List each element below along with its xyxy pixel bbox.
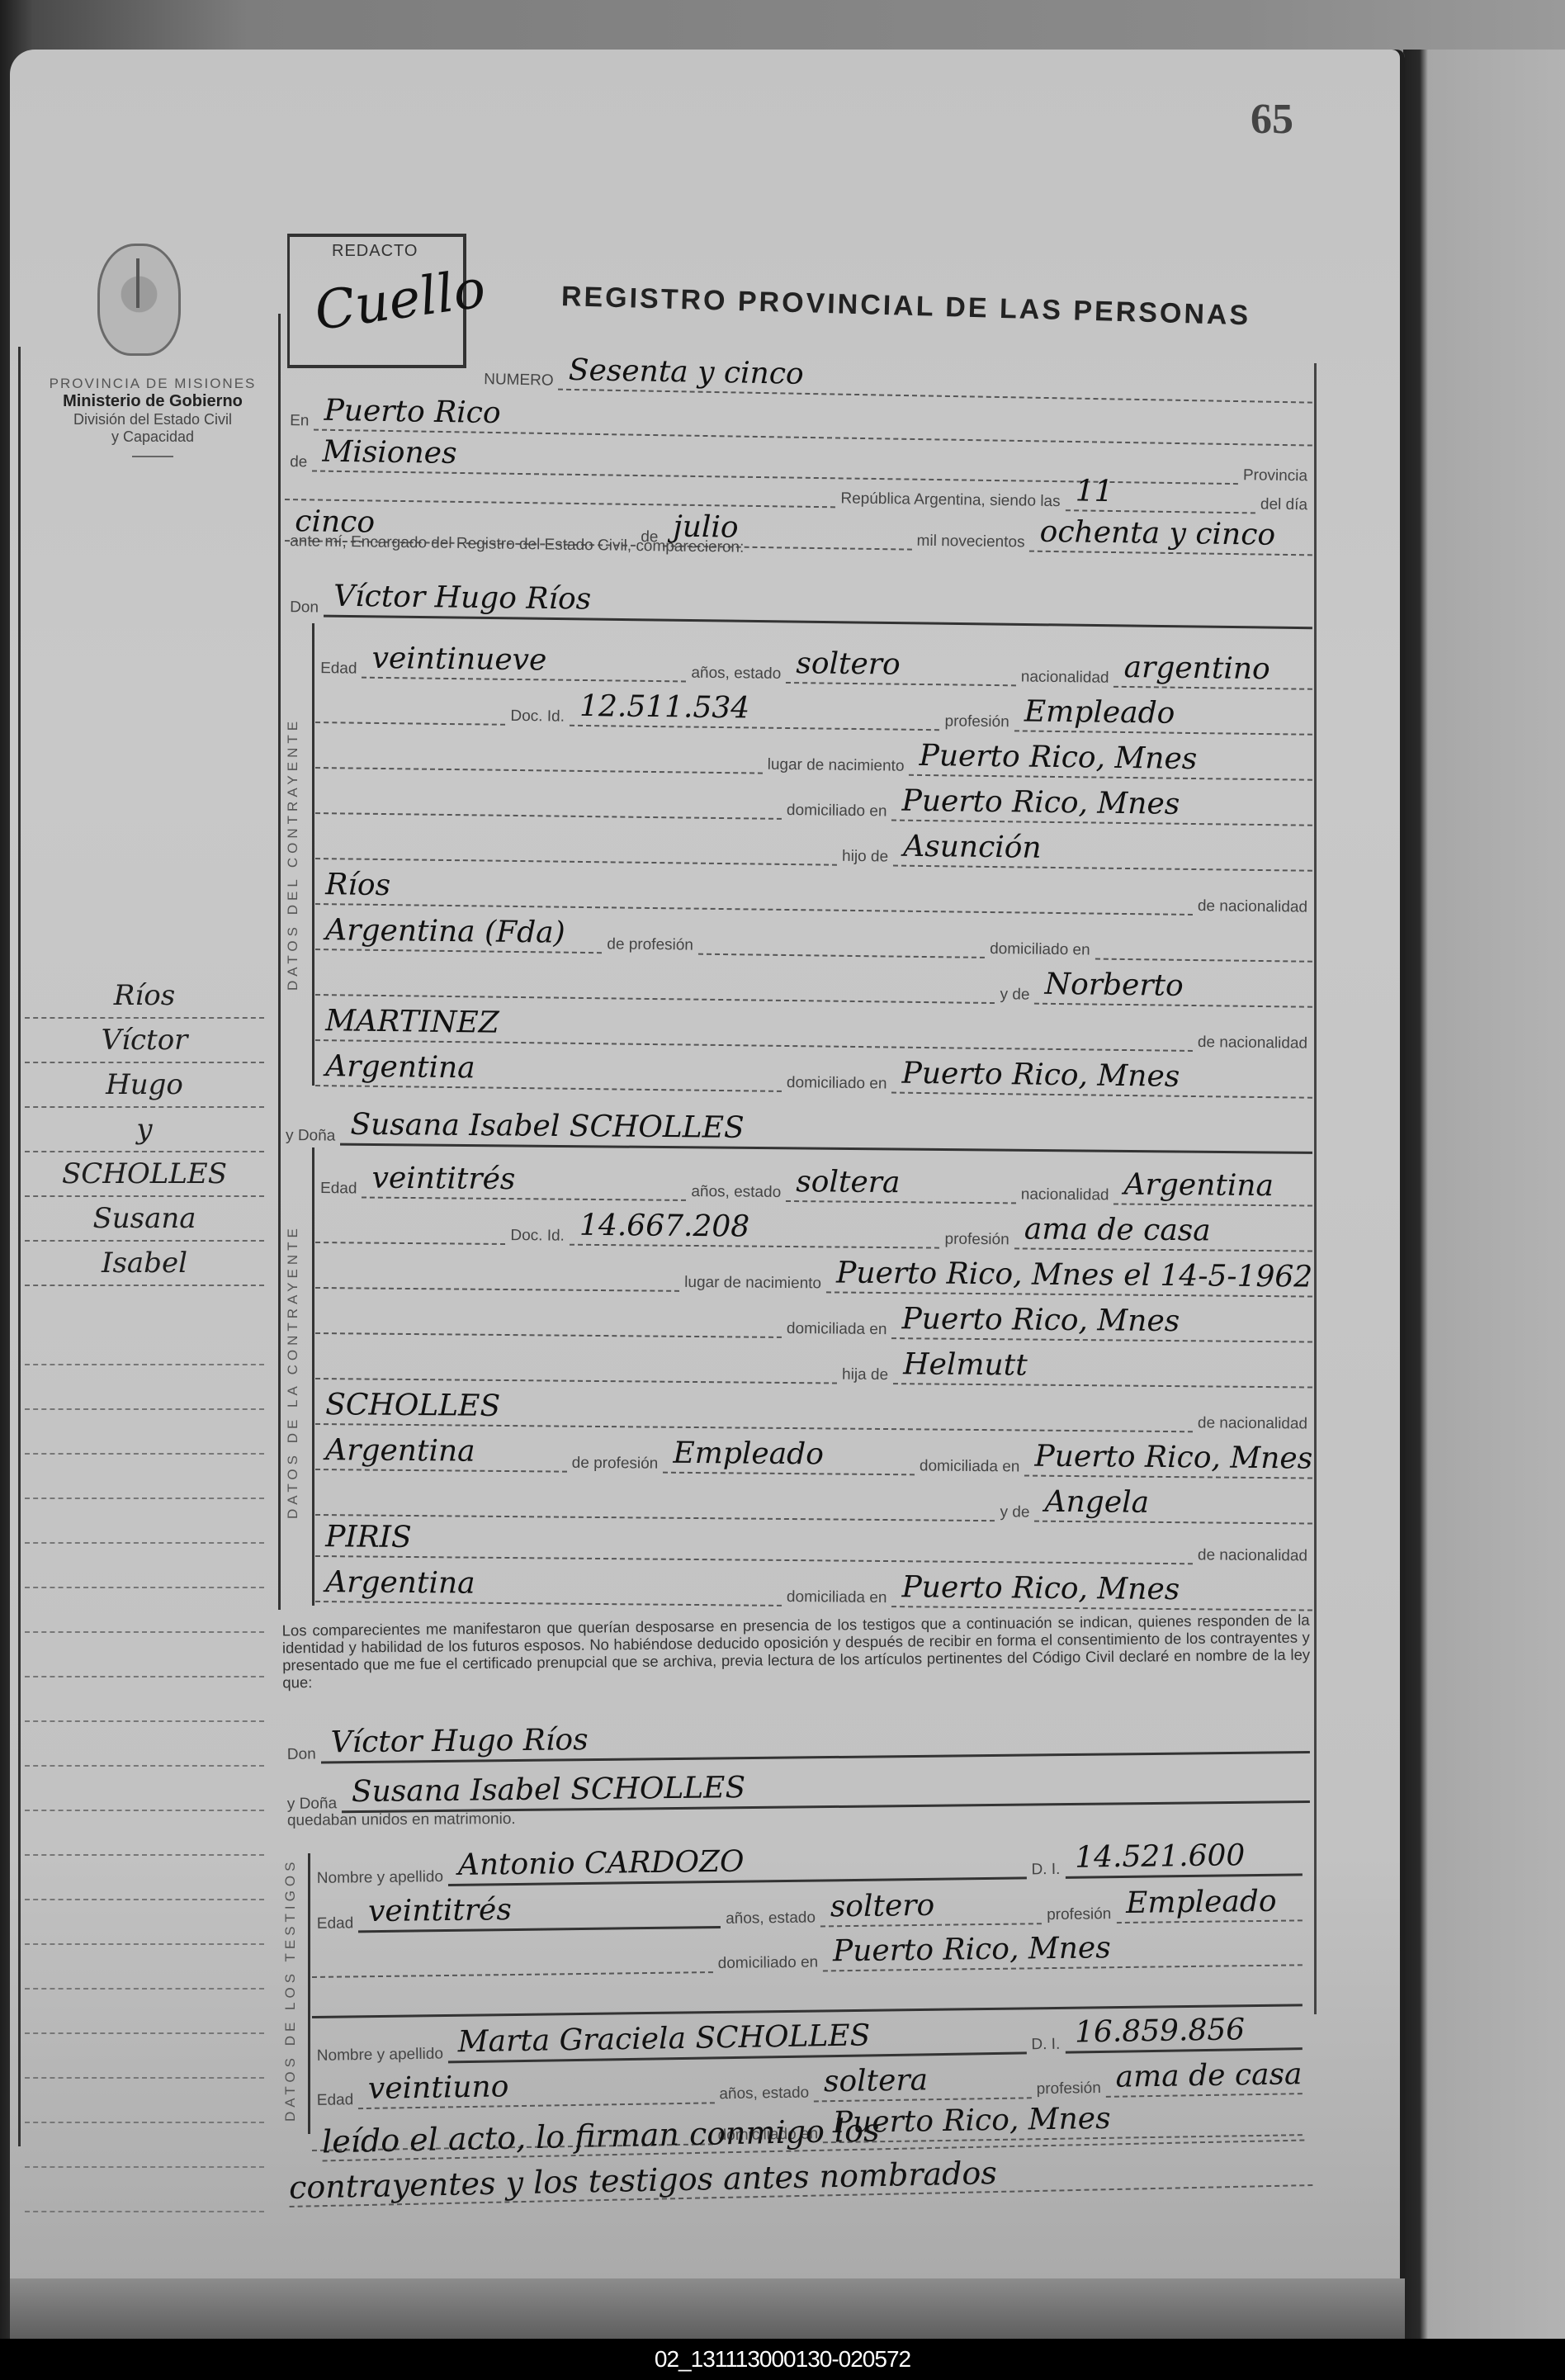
margin-note: SCHOLLES bbox=[25, 1152, 264, 1197]
edad-label: Edad bbox=[312, 2091, 359, 2110]
groom-lugar: Puerto Rico, Mnes bbox=[909, 738, 1312, 781]
hija-de-label: hija de bbox=[837, 1366, 893, 1385]
margin-note: y bbox=[25, 1108, 264, 1152]
edad-label: Edad bbox=[315, 660, 362, 679]
blank-field bbox=[315, 1343, 837, 1384]
y-de-label: y de bbox=[995, 986, 1034, 1005]
bride-father-profession: Empleado bbox=[663, 1436, 915, 1476]
de-profesion-label: de profesión bbox=[567, 1455, 664, 1474]
blank-field bbox=[315, 1252, 679, 1292]
nombre-label: Nombre y apellido bbox=[312, 2045, 448, 2065]
profesion-label: profesión bbox=[1042, 1905, 1116, 1924]
ministry-header: PROVINCIA DE MISIONES Ministerio de Gobi… bbox=[33, 376, 272, 457]
groom-father-domicile: Puerto Rico, Mnes bbox=[891, 1056, 1312, 1099]
bride-lugar: Puerto Rico, Mnes el 14-5-1962 bbox=[826, 1255, 1312, 1297]
don-label: Don bbox=[282, 1746, 321, 1764]
groom-domicilio: Puerto Rico, Mnes bbox=[891, 783, 1312, 826]
blank-field bbox=[315, 687, 506, 726]
groom-nacionalidad: argentino bbox=[1113, 650, 1312, 690]
don-label: Don bbox=[285, 599, 324, 617]
declaration-text: Los comparecientes me manifestaron que q… bbox=[282, 1611, 1311, 1691]
divider bbox=[132, 456, 173, 457]
bride-father-nationality: Argentina bbox=[315, 1432, 567, 1473]
margin-ruled-lines bbox=[25, 1321, 264, 2212]
nacionalidad-label: nacionalidad bbox=[1016, 1185, 1114, 1204]
blank-field bbox=[315, 1298, 782, 1338]
dona-label: y Doña bbox=[281, 1127, 340, 1146]
blank-field bbox=[315, 778, 782, 820]
domicilio-label: domiciliado en bbox=[782, 802, 892, 821]
redacto-label: REDACTO bbox=[327, 242, 423, 261]
groom-estado: soltero bbox=[786, 646, 1016, 686]
margin-note: Susana bbox=[25, 1197, 264, 1242]
witness-1-name: Antonio CARDOZO bbox=[448, 1840, 1027, 1886]
division-label: División del Estado Civil bbox=[33, 411, 272, 428]
de-profesion-label: de profesión bbox=[602, 935, 698, 954]
scan-id-footer: 02_131113000130-020572 bbox=[0, 2339, 1565, 2380]
bride-mother-surname: PIRIS bbox=[315, 1519, 1193, 1564]
witness-2-edad: veintiuno bbox=[358, 2065, 715, 2109]
domicilio-label: domiciliada en bbox=[782, 1588, 892, 1607]
margin-notes: Ríos Víctor Hugo y SCHOLLES Susana Isabe… bbox=[25, 974, 264, 1286]
de-nacionalidad-label: de nacionalidad bbox=[1193, 1034, 1312, 1053]
hour-value: 11 bbox=[1065, 473, 1255, 513]
bride-mother-domicile: Puerto Rico, Mnes bbox=[891, 1569, 1312, 1611]
bride-estado: soltera bbox=[786, 1164, 1016, 1204]
margin-note: Hugo bbox=[25, 1063, 264, 1108]
form-left-border bbox=[278, 314, 281, 1610]
blank-field bbox=[311, 1937, 712, 1978]
bride-doc: 14.667.208 bbox=[570, 1208, 940, 1249]
blank-field bbox=[315, 823, 837, 866]
book-cover-edge bbox=[1403, 50, 1565, 2345]
de-nacionalidad-label: de nacionalidad bbox=[1193, 897, 1312, 917]
nacionalidad-label: nacionalidad bbox=[1016, 668, 1114, 687]
lugar-label: lugar de nacimiento bbox=[679, 1274, 826, 1294]
nombre-label: Nombre y apellido bbox=[312, 1868, 448, 1888]
doc-label: Doc. Id. bbox=[505, 707, 570, 726]
bride-father-surname: SCHOLLES bbox=[315, 1387, 1193, 1432]
blank-field bbox=[315, 1479, 995, 1521]
republica-label: República Argentina, siendo las bbox=[835, 490, 1065, 511]
witness-2-di: 16.859.856 bbox=[1065, 2011, 1303, 2054]
witness-2-estado: soltera bbox=[814, 2061, 1032, 2102]
margin-note: Víctor bbox=[25, 1019, 264, 1063]
quedaban-row: quedaban unidos en matrimonio. bbox=[282, 1809, 778, 1830]
doc-label: Doc. Id. bbox=[505, 1227, 570, 1246]
witness-1-estado: soltero bbox=[820, 1886, 1043, 1927]
bride-domicilio: Puerto Rico, Mnes bbox=[891, 1301, 1312, 1342]
di-label: D. I. bbox=[1026, 1861, 1065, 1880]
ministry-label: Ministerio de Gobierno bbox=[33, 392, 272, 411]
provincial-seal-icon bbox=[97, 244, 181, 356]
blank-field bbox=[285, 464, 836, 508]
groom-section-label: DATOS DEL CONTRAYENTE bbox=[285, 717, 301, 991]
y-de-label: y de bbox=[995, 1503, 1034, 1521]
groom-mother-nationality: Argentina (Fda) bbox=[315, 912, 603, 953]
groom-mother-first-name: Asunción bbox=[893, 829, 1313, 872]
groom-father-first-name: Norberto bbox=[1034, 967, 1312, 1008]
profesion-label: profesión bbox=[939, 1231, 1014, 1250]
capacity-label: y Capacidad bbox=[33, 428, 272, 446]
di-label: D. I. bbox=[1026, 2036, 1065, 2055]
bride-father-first-name: Helmutt bbox=[893, 1346, 1312, 1388]
blank-field bbox=[315, 732, 763, 774]
groom-edad: veintinueve bbox=[362, 641, 686, 683]
margin-note: Ríos bbox=[25, 974, 264, 1019]
witness-1-domicilio: Puerto Rico, Mnes bbox=[823, 1928, 1303, 1971]
blank-field bbox=[315, 1207, 506, 1245]
domicilio-label: domiciliado en bbox=[985, 940, 1095, 960]
de-nacionalidad-label: de nacionalidad bbox=[1193, 1546, 1312, 1565]
bride-father-domicile: Puerto Rico, Mnes bbox=[1024, 1439, 1312, 1479]
profesion-label: profesión bbox=[939, 712, 1014, 731]
bride-edad: veintitrés bbox=[362, 1160, 686, 1200]
edad-label: Edad bbox=[315, 1180, 362, 1198]
domicilio-label: domiciliada en bbox=[782, 1320, 892, 1339]
groom-section-border bbox=[312, 623, 314, 1086]
bride-profesion: ama de casa bbox=[1014, 1211, 1313, 1252]
profesion-label: profesión bbox=[1032, 2080, 1107, 2098]
anos-label: años, estado bbox=[686, 1183, 786, 1202]
groom-mother-profession bbox=[698, 919, 986, 958]
quedaban-text: quedaban unidos en matrimonio. bbox=[282, 1810, 521, 1830]
form-right-border bbox=[1314, 363, 1317, 2014]
bride-mother-first-name: Angela bbox=[1034, 1484, 1312, 1525]
hijo-de-label: hijo de bbox=[837, 848, 893, 867]
groom-father-nationality: Argentina bbox=[315, 1048, 782, 1092]
anos-label: años, estado bbox=[714, 2084, 814, 2103]
domicilio-label: domiciliada en bbox=[915, 1457, 1025, 1476]
domicilio-label: domiciliado en bbox=[782, 1074, 892, 1094]
edad-label: Edad bbox=[312, 1914, 359, 1933]
anos-label: años, estado bbox=[721, 1909, 820, 1928]
margin-note: Isabel bbox=[25, 1242, 264, 1286]
en-label: En bbox=[285, 412, 314, 431]
witness-1-di: 14.521.600 bbox=[1065, 1837, 1303, 1879]
numero-label: NUMERO bbox=[479, 371, 559, 390]
bride-section-border bbox=[312, 1147, 314, 1606]
bride-section-label: DATOS DE LA CONTRAYENTE bbox=[285, 1224, 301, 1519]
redacto-signature: Cuello bbox=[311, 258, 489, 343]
witnesses-section-border bbox=[308, 1853, 310, 2134]
redacto-stamp: REDACTO Cuello bbox=[287, 234, 466, 368]
bride-mother-nationality: Argentina bbox=[315, 1564, 782, 1606]
del-dia-label: del día bbox=[1255, 495, 1312, 514]
margin-rule bbox=[18, 347, 21, 2146]
page-bottom-shadow bbox=[10, 2278, 1405, 2345]
witness-2-profesion: ama de casa bbox=[1105, 2056, 1303, 2098]
groom-doc: 12.511.534 bbox=[570, 688, 940, 731]
witnesses-section-label: DATOS DE LOS TESTIGOS bbox=[282, 1858, 299, 2122]
page-number: 65 bbox=[1251, 95, 1293, 144]
domicilio-label: domiciliado en bbox=[713, 1953, 824, 1973]
lugar-label: lugar de nacimiento bbox=[763, 756, 910, 776]
province-label: PROVINCIA DE MISIONES bbox=[33, 376, 272, 392]
witness-1-edad: veintitrés bbox=[358, 1890, 721, 1933]
witness-1-profesion: Empleado bbox=[1116, 1883, 1303, 1923]
bride-nacionalidad: Argentina bbox=[1113, 1166, 1312, 1206]
anos-label: años, estado bbox=[686, 664, 786, 683]
groom-mother-domicile bbox=[1095, 924, 1312, 963]
de-nacionalidad-label: de nacionalidad bbox=[1193, 1414, 1312, 1433]
groom-profesion: Empleado bbox=[1014, 693, 1313, 735]
